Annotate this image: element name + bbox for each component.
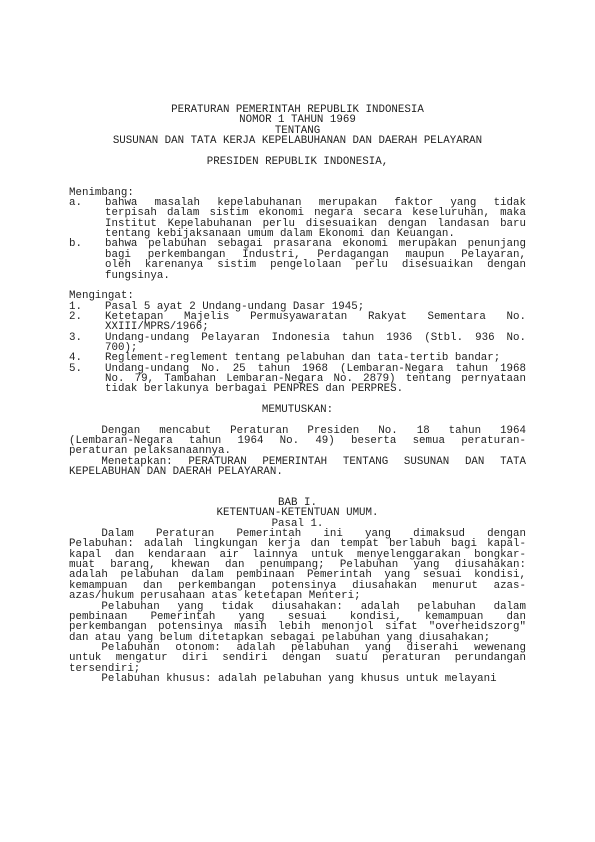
menimbang-item-number: b. bbox=[69, 239, 105, 280]
mengingat-item: 5.Undang-undang No. 25 tahun 1968 (Lemba… bbox=[69, 364, 526, 395]
president-line: PRESIDEN REPUBLIK INDONESIA, bbox=[69, 157, 526, 167]
memutuskan-paragraph: Menetapkan: PERATURAN PEMERINTAH TENTANG… bbox=[69, 457, 526, 478]
memutuskan-heading: MEMUTUSKAN: bbox=[69, 405, 526, 415]
menimbang-item-number: a. bbox=[69, 198, 105, 239]
menimbang-item: b.bahwa pelabuhan sebagai prasarana ekon… bbox=[69, 239, 526, 280]
mengingat-item-text: Undang-undang No. 25 tahun 1968 (Lembara… bbox=[105, 364, 526, 395]
regulation-subject: SUSUNAN DAN TATA KERJA KEPELABUHANAN DAN… bbox=[69, 136, 526, 146]
mengingat-item-number: 2. bbox=[69, 312, 105, 333]
document-page: PERATURAN PEMERINTAH REPUBLIK INDONESIA … bbox=[69, 105, 526, 684]
memutuskan-paragraph: Dengan mencabut Peraturan Presiden No. 1… bbox=[69, 426, 526, 457]
mengingat-item-number: 3. bbox=[69, 333, 105, 354]
pasal-paragraph: Pelabuhan otonom: adalah pelabuhan yang … bbox=[69, 643, 526, 674]
mengingat-item: 2.Ketetapan Majelis Permusyawaratan Raky… bbox=[69, 312, 526, 333]
mengingat-label: Mengingat: bbox=[69, 291, 526, 301]
pasal-paragraph: Pelabuhan khusus: adalah pelabuhan yang … bbox=[69, 674, 526, 684]
mengingat-item: 3.Undang-undang Pelayaran Indonesia tahu… bbox=[69, 333, 526, 354]
mengingat-item-text: Ketetapan Majelis Permusyawaratan Rakyat… bbox=[105, 312, 526, 333]
pasal-paragraphs: Dalam Peraturan Pemerintah ini yang dima… bbox=[69, 529, 526, 684]
menimbang-item: a.bahwa masalah kepelabuhanan merupakan … bbox=[69, 198, 526, 239]
mengingat-list: 1.Pasal 5 ayat 2 Undang-undang Dasar 194… bbox=[69, 302, 526, 395]
menimbang-list: a.bahwa masalah kepelabuhanan merupakan … bbox=[69, 198, 526, 281]
mengingat-item-text: Undang-undang Pelayaran Indonesia tahun … bbox=[105, 333, 526, 354]
menimbang-item-text: bahwa masalah kepelabuhanan merupakan fa… bbox=[105, 198, 526, 239]
mengingat-item-number: 5. bbox=[69, 364, 105, 395]
memutuskan-paragraphs: Dengan mencabut Peraturan Presiden No. 1… bbox=[69, 426, 526, 478]
pasal-paragraph: Dalam Peraturan Pemerintah ini yang dima… bbox=[69, 529, 526, 601]
menimbang-item-text: bahwa pelabuhan sebagai prasarana ekonom… bbox=[105, 239, 526, 280]
pasal-paragraph: Pelabuhan yang tidak diusahakan: adalah … bbox=[69, 602, 526, 643]
